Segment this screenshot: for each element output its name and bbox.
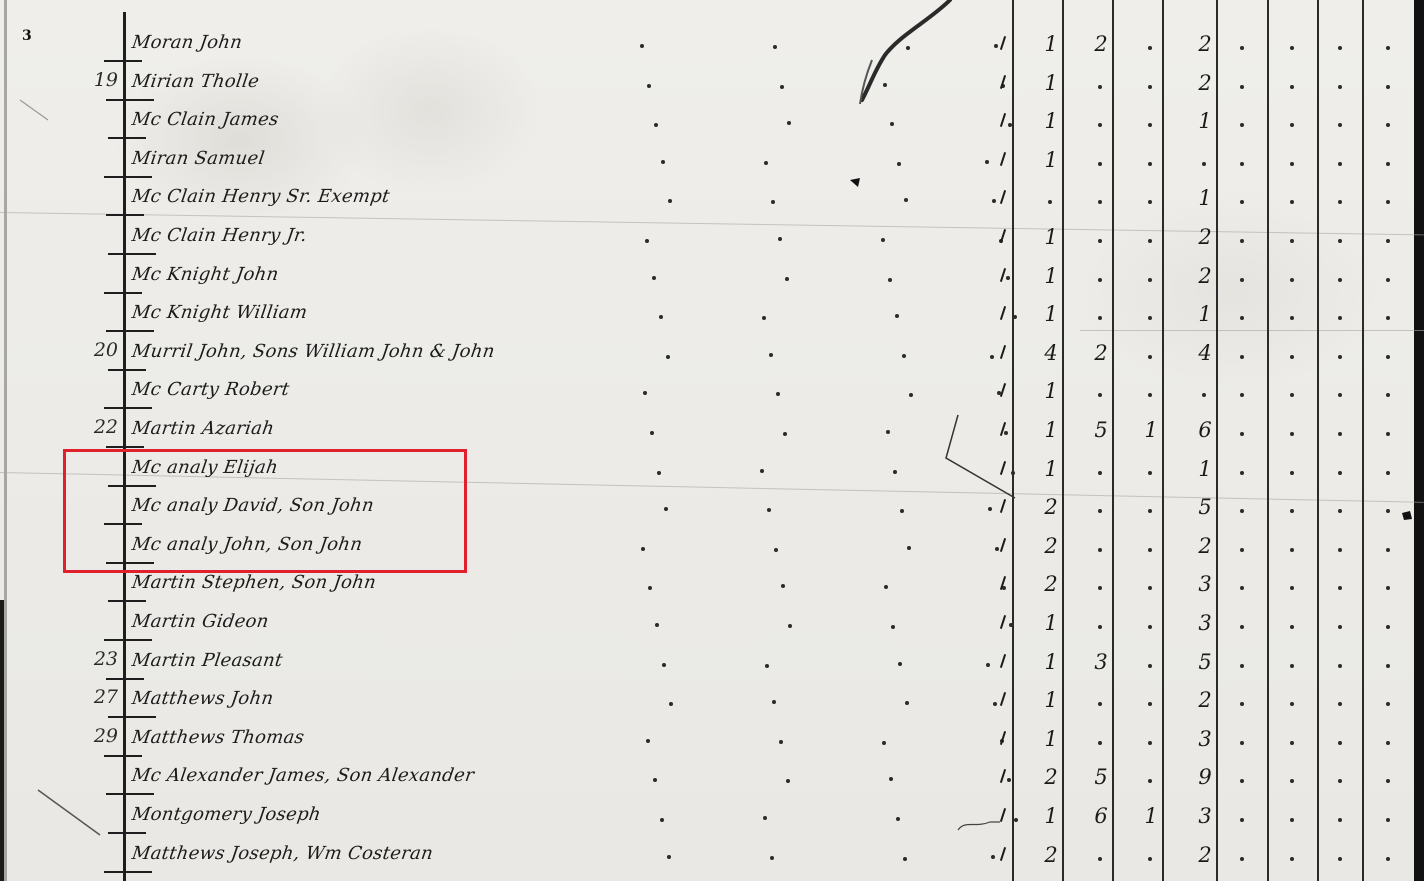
entry-name: Matthews John — [131, 688, 275, 709]
empty-cell-dot — [1386, 471, 1390, 475]
empty-cell-dot — [1290, 85, 1294, 89]
table-row: Mc Carty Robert1 — [0, 371, 1424, 409]
count-cell: 2 — [1036, 495, 1066, 519]
empty-cell-dot — [1098, 393, 1102, 397]
empty-cell-dot — [1240, 393, 1244, 397]
count-cell: 2 — [1190, 264, 1220, 288]
empty-cell-dot — [1098, 857, 1102, 861]
leader-dot — [1009, 623, 1013, 627]
table-row: Mc Alexander James, Son Alexander259 — [0, 757, 1424, 795]
empty-cell-dot — [1290, 548, 1294, 552]
entry-name: Mc Carty Robert — [131, 379, 291, 400]
empty-cell-dot — [1338, 586, 1342, 590]
entry-name: Mc Knight William — [131, 302, 309, 323]
row-marginal-number: 22 — [70, 416, 118, 438]
empty-cell-dot — [1098, 85, 1102, 89]
count-cell: 3 — [1190, 727, 1220, 751]
leader-dot — [883, 83, 887, 87]
leader-dot — [760, 469, 764, 473]
empty-cell-dot — [1386, 85, 1390, 89]
leader-dot — [657, 471, 661, 475]
empty-cell-dot — [1290, 664, 1294, 668]
empty-cell-dot — [1148, 664, 1152, 668]
table-row: 19Mirian Tholle12 — [0, 63, 1424, 101]
leader-dot — [1006, 276, 1010, 280]
leader-dot — [646, 739, 650, 743]
leader-dot — [667, 855, 671, 859]
leader-dot — [641, 547, 645, 551]
empty-cell-dot — [1386, 432, 1390, 436]
tally-stroke — [1000, 808, 1006, 822]
leader-dot — [884, 585, 888, 589]
count-cell: 1 — [1036, 457, 1066, 481]
table-row: Mc Clain Henry Sr. Exempt1 — [0, 178, 1424, 216]
tally-stroke — [1000, 615, 1006, 629]
entry-name: Mc Clain Henry Jr. — [131, 225, 309, 246]
count-cell: 6 — [1190, 418, 1220, 442]
empty-cell-dot — [1240, 162, 1244, 166]
leader-dot — [886, 430, 890, 434]
count-cell: 1 — [1036, 688, 1066, 712]
leader-dot — [895, 314, 899, 318]
tally-stroke — [1000, 499, 1006, 513]
leader-dot — [991, 855, 995, 859]
count-cell: 1 — [1036, 379, 1066, 403]
leader-dot — [906, 46, 910, 50]
row-separator-tick — [104, 871, 152, 873]
empty-cell-dot — [1290, 278, 1294, 282]
count-cell: 3 — [1190, 804, 1220, 828]
count-cell: 2 — [1036, 843, 1066, 867]
empty-cell-dot — [1338, 664, 1342, 668]
count-cell: 1 — [1190, 109, 1220, 133]
empty-cell-dot — [1098, 162, 1102, 166]
empty-cell-dot — [1290, 123, 1294, 127]
leader-dot — [1008, 123, 1012, 127]
leader-dot — [995, 547, 999, 551]
empty-cell-dot — [1386, 162, 1390, 166]
empty-cell-dot — [1240, 355, 1244, 359]
empty-cell-dot — [1240, 857, 1244, 861]
empty-cell-dot — [1240, 741, 1244, 745]
leader-dot — [662, 663, 666, 667]
empty-cell-dot — [1338, 85, 1342, 89]
leader-dot — [763, 816, 767, 820]
row-marginal-number: 19 — [70, 69, 118, 91]
leader-dot — [993, 702, 997, 706]
leader-dot — [669, 702, 673, 706]
leader-dot — [788, 624, 792, 628]
empty-cell-dot — [1148, 741, 1152, 745]
count-cell: 1 — [1036, 109, 1066, 133]
table-row: 29Matthews Thomas13 — [0, 719, 1424, 757]
leader-dot — [986, 663, 990, 667]
leader-dot — [787, 121, 791, 125]
leader-dot — [779, 740, 783, 744]
leader-dot — [778, 237, 782, 241]
tally-stroke — [1000, 190, 1006, 204]
leader-dot — [907, 546, 911, 550]
leader-dot — [1011, 471, 1015, 475]
empty-cell-dot — [1098, 586, 1102, 590]
entry-name: Martin Azariah — [131, 418, 276, 439]
empty-cell-dot — [1338, 432, 1342, 436]
leader-dot — [893, 470, 897, 474]
empty-cell-dot — [1290, 818, 1294, 822]
empty-cell-dot — [1290, 46, 1294, 50]
entry-name: Mirian Tholle — [131, 71, 261, 92]
empty-cell-dot — [1338, 548, 1342, 552]
leader-dot — [881, 238, 885, 242]
leader-dot — [889, 777, 893, 781]
empty-cell-dot — [1240, 239, 1244, 243]
tally-stroke — [1000, 461, 1006, 475]
leader-dot — [985, 160, 989, 164]
empty-cell-dot — [1386, 779, 1390, 783]
count-cell: 1 — [1036, 148, 1066, 172]
count-cell: 2 — [1086, 341, 1116, 365]
leader-dot — [648, 586, 652, 590]
empty-cell-dot — [1240, 702, 1244, 706]
empty-cell-dot — [1338, 625, 1342, 629]
leader-dot — [767, 508, 771, 512]
empty-cell-dot — [1386, 509, 1390, 513]
empty-cell-dot — [1386, 393, 1390, 397]
count-cell: 5 — [1190, 650, 1220, 674]
entry-name: Mc Clain James — [131, 109, 281, 130]
leader-dot — [783, 432, 787, 436]
empty-cell-dot — [1240, 625, 1244, 629]
empty-cell-dot — [1386, 355, 1390, 359]
entry-name: Montgomery Joseph — [131, 804, 323, 825]
empty-cell-dot — [1290, 509, 1294, 513]
empty-cell-dot — [1240, 818, 1244, 822]
count-cell: 1 — [1036, 71, 1066, 95]
table-row: Montgomery Joseph1613 — [0, 796, 1424, 834]
leader-dot — [664, 507, 668, 511]
leader-dot — [902, 354, 906, 358]
empty-cell-dot — [1386, 123, 1390, 127]
empty-cell-dot — [1290, 702, 1294, 706]
empty-cell-dot — [1148, 586, 1152, 590]
leader-dot — [764, 161, 768, 165]
empty-cell-dot — [1148, 316, 1152, 320]
empty-cell-dot — [1148, 355, 1152, 359]
empty-cell-dot — [1148, 278, 1152, 282]
empty-cell-dot — [1386, 46, 1390, 50]
empty-cell-dot — [1386, 200, 1390, 204]
leader-dot — [769, 353, 773, 357]
leader-dot — [666, 355, 670, 359]
leader-dot — [647, 84, 651, 88]
empty-cell-dot — [1148, 857, 1152, 861]
leader-dot — [765, 664, 769, 668]
count-cell: 1 — [1036, 804, 1066, 828]
leader-dot — [770, 856, 774, 860]
empty-cell-dot — [1338, 200, 1342, 204]
empty-cell-dot — [1148, 509, 1152, 513]
count-cell: 2 — [1036, 765, 1066, 789]
empty-cell-dot — [1240, 200, 1244, 204]
leader-dot — [772, 700, 776, 704]
empty-cell-dot — [1338, 779, 1342, 783]
count-cell: 1 — [1036, 302, 1066, 326]
empty-cell-dot — [1098, 239, 1102, 243]
empty-cell-dot — [1148, 123, 1152, 127]
leader-dot — [898, 662, 902, 666]
leader-dot — [890, 122, 894, 126]
leader-dot — [903, 857, 907, 861]
entry-name: Matthews Joseph, Wm Costeran — [131, 843, 435, 864]
empty-cell-dot — [1240, 779, 1244, 783]
empty-cell-dot — [1240, 432, 1244, 436]
empty-cell-dot — [1290, 162, 1294, 166]
count-cell: 2 — [1190, 71, 1220, 95]
leader-dot — [896, 817, 900, 821]
count-cell: 1 — [1036, 650, 1066, 674]
leader-dot — [1014, 818, 1018, 822]
count-cell: 1 — [1136, 418, 1166, 442]
empty-cell-dot — [1098, 316, 1102, 320]
entry-name: Martin Pleasant — [131, 650, 285, 671]
empty-cell-dot — [1148, 548, 1152, 552]
count-cell: 1 — [1036, 418, 1066, 442]
empty-cell-dot — [1338, 471, 1342, 475]
leader-dot — [897, 162, 901, 166]
count-cell: 2 — [1086, 32, 1116, 56]
table-row: Mc Knight John12 — [0, 256, 1424, 294]
tally-stroke — [1000, 113, 1006, 127]
empty-cell-dot — [1098, 471, 1102, 475]
entry-name: Martin Gideon — [131, 611, 271, 632]
leader-dot — [661, 160, 665, 164]
empty-cell-dot — [1240, 278, 1244, 282]
empty-cell-dot — [1098, 741, 1102, 745]
leader-dot — [762, 316, 766, 320]
empty-cell-dot — [1338, 316, 1342, 320]
empty-cell-dot — [1338, 355, 1342, 359]
empty-cell-dot — [1098, 548, 1102, 552]
empty-cell-dot — [1386, 741, 1390, 745]
count-cell: 2 — [1036, 572, 1066, 596]
leader-dot — [643, 391, 647, 395]
count-cell: 5 — [1190, 495, 1220, 519]
leader-dot — [645, 239, 649, 243]
ledger-page: 3 Moran John12219Mirian Tholle12Mc Clain… — [0, 0, 1424, 881]
tally-stroke — [1000, 36, 1006, 50]
leader-dot — [668, 199, 672, 203]
entry-name: Moran John — [131, 32, 244, 53]
tally-stroke — [1000, 769, 1006, 783]
count-cell: 1 — [1036, 611, 1066, 635]
empty-cell-dot — [1098, 625, 1102, 629]
empty-cell-dot — [1240, 123, 1244, 127]
empty-cell-dot — [1386, 239, 1390, 243]
empty-cell-dot — [1290, 393, 1294, 397]
tally-stroke — [1000, 847, 1006, 861]
empty-cell-dot — [1290, 432, 1294, 436]
leader-dot — [900, 509, 904, 513]
empty-cell-dot — [1240, 509, 1244, 513]
empty-cell-dot — [1148, 779, 1152, 783]
empty-cell-dot — [1290, 471, 1294, 475]
empty-cell-dot — [1290, 316, 1294, 320]
empty-cell-dot — [1338, 46, 1342, 50]
empty-cell-dot — [1386, 702, 1390, 706]
empty-cell-dot — [1290, 625, 1294, 629]
row-marginal-number: 20 — [70, 339, 118, 361]
empty-cell-dot — [1338, 393, 1342, 397]
tally-stroke — [1000, 152, 1006, 166]
leader-dot — [785, 277, 789, 281]
empty-cell-dot — [1202, 393, 1206, 397]
leader-dot — [1007, 778, 1011, 782]
count-cell: 3 — [1086, 650, 1116, 674]
count-cell: 2 — [1190, 534, 1220, 558]
row-marginal-number: 27 — [70, 686, 118, 708]
count-cell: 1 — [1190, 302, 1220, 326]
leader-dot — [1013, 315, 1017, 319]
empty-cell-dot — [1386, 857, 1390, 861]
leader-dot — [888, 278, 892, 282]
empty-cell-dot — [1338, 509, 1342, 513]
leader-dot — [773, 45, 777, 49]
tally-stroke — [1000, 538, 1006, 552]
empty-cell-dot — [1290, 779, 1294, 783]
table-row: Miran Samuel1 — [0, 140, 1424, 178]
leader-dot — [988, 507, 992, 511]
leader-dot — [771, 200, 775, 204]
leader-dot — [654, 123, 658, 127]
empty-cell-dot — [1240, 548, 1244, 552]
empty-cell-dot — [1338, 857, 1342, 861]
tally-stroke — [1000, 692, 1006, 706]
table-row: 20Murril John, Sons William John & John4… — [0, 333, 1424, 371]
leader-dot — [882, 741, 886, 745]
leader-dot — [786, 779, 790, 783]
count-cell: 9 — [1190, 765, 1220, 789]
leader-dot — [904, 198, 908, 202]
empty-cell-dot — [1148, 162, 1152, 166]
empty-cell-dot — [1240, 46, 1244, 50]
count-cell: 2 — [1190, 843, 1220, 867]
empty-cell-dot — [1148, 46, 1152, 50]
empty-cell-dot — [1338, 818, 1342, 822]
row-marginal-number: 23 — [70, 648, 118, 670]
count-cell: 2 — [1036, 534, 1066, 558]
empty-cell-dot — [1098, 123, 1102, 127]
empty-cell-dot — [1290, 741, 1294, 745]
empty-cell-dot — [1240, 85, 1244, 89]
leader-dot — [891, 625, 895, 629]
leader-dot — [992, 199, 996, 203]
leader-dot — [781, 584, 785, 588]
leader-dot — [776, 392, 780, 396]
empty-cell-dot — [1240, 471, 1244, 475]
entry-name: Miran Samuel — [131, 148, 267, 169]
empty-cell-dot — [1338, 239, 1342, 243]
empty-cell-dot — [1338, 278, 1342, 282]
table-row: Matthews Joseph, Wm Costeran22 — [0, 835, 1424, 873]
table-row: Moran John122 — [0, 24, 1424, 62]
count-cell: 2 — [1190, 688, 1220, 712]
count-cell: 6 — [1086, 804, 1116, 828]
empty-cell-dot — [1202, 162, 1206, 166]
empty-cell-dot — [1290, 355, 1294, 359]
count-cell: 1 — [1190, 457, 1220, 481]
leader-dot — [905, 701, 909, 705]
table-row: 23Martin Pleasant135 — [0, 642, 1424, 680]
empty-cell-dot — [1148, 85, 1152, 89]
leader-dot — [653, 778, 657, 782]
entry-name: Matthews Thomas — [131, 727, 306, 748]
leader-dot — [660, 818, 664, 822]
table-row: Martin Gideon13 — [0, 603, 1424, 641]
empty-cell-dot — [1338, 741, 1342, 745]
count-cell: 5 — [1086, 418, 1116, 442]
empty-cell-dot — [1386, 625, 1390, 629]
leader-dot — [780, 85, 784, 89]
empty-cell-dot — [1098, 278, 1102, 282]
count-cell: 5 — [1086, 765, 1116, 789]
empty-cell-dot — [1290, 200, 1294, 204]
leader-dot — [909, 393, 913, 397]
empty-cell-dot — [1148, 200, 1152, 204]
empty-cell-dot — [1148, 625, 1152, 629]
empty-cell-dot — [1148, 239, 1152, 243]
empty-cell-dot — [1240, 664, 1244, 668]
table-row: Mc Clain James11 — [0, 101, 1424, 139]
empty-cell-dot — [1338, 702, 1342, 706]
empty-cell-dot — [1098, 509, 1102, 513]
tally-stroke — [1000, 268, 1006, 282]
empty-cell-dot — [1290, 857, 1294, 861]
empty-cell-dot — [1386, 586, 1390, 590]
leader-dot — [655, 623, 659, 627]
table-row: 27Matthews John12 — [0, 680, 1424, 718]
count-cell: 2 — [1190, 32, 1220, 56]
leader-dot — [640, 44, 644, 48]
table-row: Mc Knight William11 — [0, 294, 1424, 332]
empty-cell-dot — [1386, 548, 1390, 552]
empty-cell-dot — [1338, 123, 1342, 127]
count-cell: 2 — [1190, 225, 1220, 249]
entry-name: Murril John, Sons William John & John — [131, 341, 497, 362]
entry-name: Mc Clain Henry Sr. Exempt — [131, 186, 392, 207]
empty-cell-dot — [1048, 200, 1052, 204]
empty-cell-dot — [1148, 471, 1152, 475]
tally-stroke — [1000, 345, 1006, 359]
count-cell: 4 — [1036, 341, 1066, 365]
count-cell: 4 — [1190, 341, 1220, 365]
leader-dot — [1004, 431, 1008, 435]
tally-stroke — [1000, 383, 1006, 397]
empty-cell-dot — [1338, 162, 1342, 166]
empty-cell-dot — [1098, 200, 1102, 204]
count-cell: 1 — [1036, 32, 1066, 56]
entry-name: Mc Alexander James, Son Alexander — [131, 765, 476, 786]
empty-cell-dot — [1240, 586, 1244, 590]
count-cell: 1 — [1136, 804, 1166, 828]
empty-cell-dot — [1386, 818, 1390, 822]
tally-stroke — [1000, 306, 1006, 320]
leader-dot — [659, 315, 663, 319]
leader-dot — [774, 548, 778, 552]
row-marginal-number: 29 — [70, 725, 118, 747]
count-cell: 3 — [1190, 611, 1220, 635]
empty-cell-dot — [1386, 316, 1390, 320]
entry-name: Mc Knight John — [131, 264, 280, 285]
